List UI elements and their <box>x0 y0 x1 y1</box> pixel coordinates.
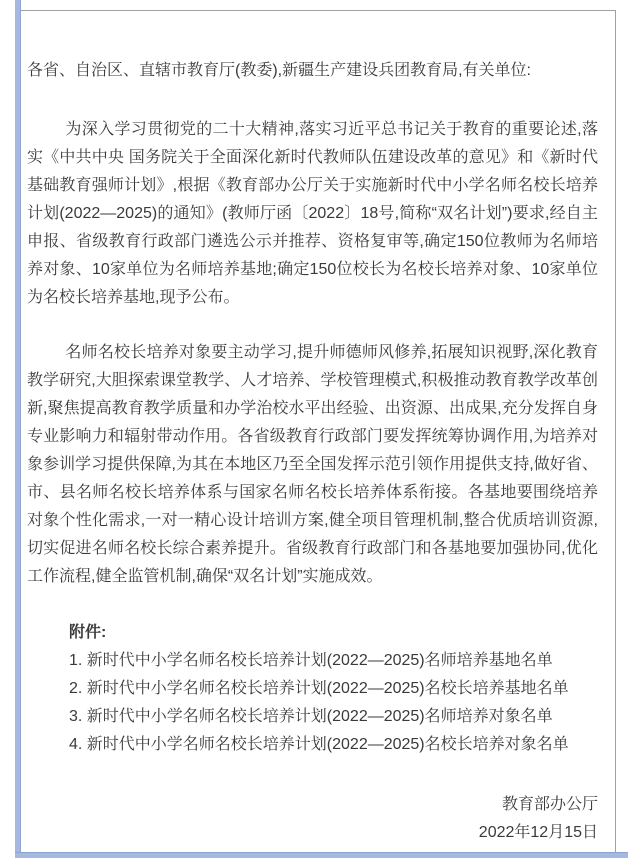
attachment-item-4: 4. 新时代中小学名师名校长培养计划(2022—2025)名校长培养对象名单 <box>69 731 598 759</box>
attachment-item-2: 2. 新时代中小学名师名校长培养计划(2022—2025)名校长培养基地名单 <box>69 675 598 703</box>
recipients-line: 各省、自治区、直辖市教育厅(教委),新疆生产建设兵团教育局,有关单位: <box>27 57 598 85</box>
body-paragraph-2: 名师名校长培养对象要主动学习,提升师德师风修养,拓展知识视野,深化教育教学研究,… <box>27 339 598 591</box>
notice-content: 各省、自治区、直辖市教育厅(教委),新疆生产建设兵团教育局,有关单位: 为深入学… <box>21 11 615 847</box>
signature-org: 教育部办公厅 <box>27 791 598 819</box>
attachment-item-1: 1. 新时代中小学名师名校长培养计划(2022—2025)名师培养基地名单 <box>69 647 598 675</box>
signature-block: 教育部办公厅 2022年12月15日 <box>27 791 598 847</box>
document-viewport: 各省、自治区、直辖市教育厅(教委),新疆生产建设兵团教育局,有关单位: 为深入学… <box>0 0 633 868</box>
attachment-item-3: 3. 新时代中小学名师名校长培养计划(2022—2025)名师培养对象名单 <box>69 703 598 731</box>
notice-page: 各省、自治区、直辖市教育厅(教委),新疆生产建设兵团教育局,有关单位: 为深入学… <box>21 10 616 852</box>
attachments-label: 附件: <box>69 619 598 647</box>
attachments-section: 附件: 1. 新时代中小学名师名校长培养计划(2022—2025)名师培养基地名… <box>27 619 598 759</box>
signature-date: 2022年12月15日 <box>27 819 598 847</box>
body-paragraph-1: 为深入学习贯彻党的二十大精神,落实习近平总书记关于教育的重要论述,落实《中共中央… <box>27 116 598 312</box>
page-edge-accent-bottom <box>15 852 628 858</box>
